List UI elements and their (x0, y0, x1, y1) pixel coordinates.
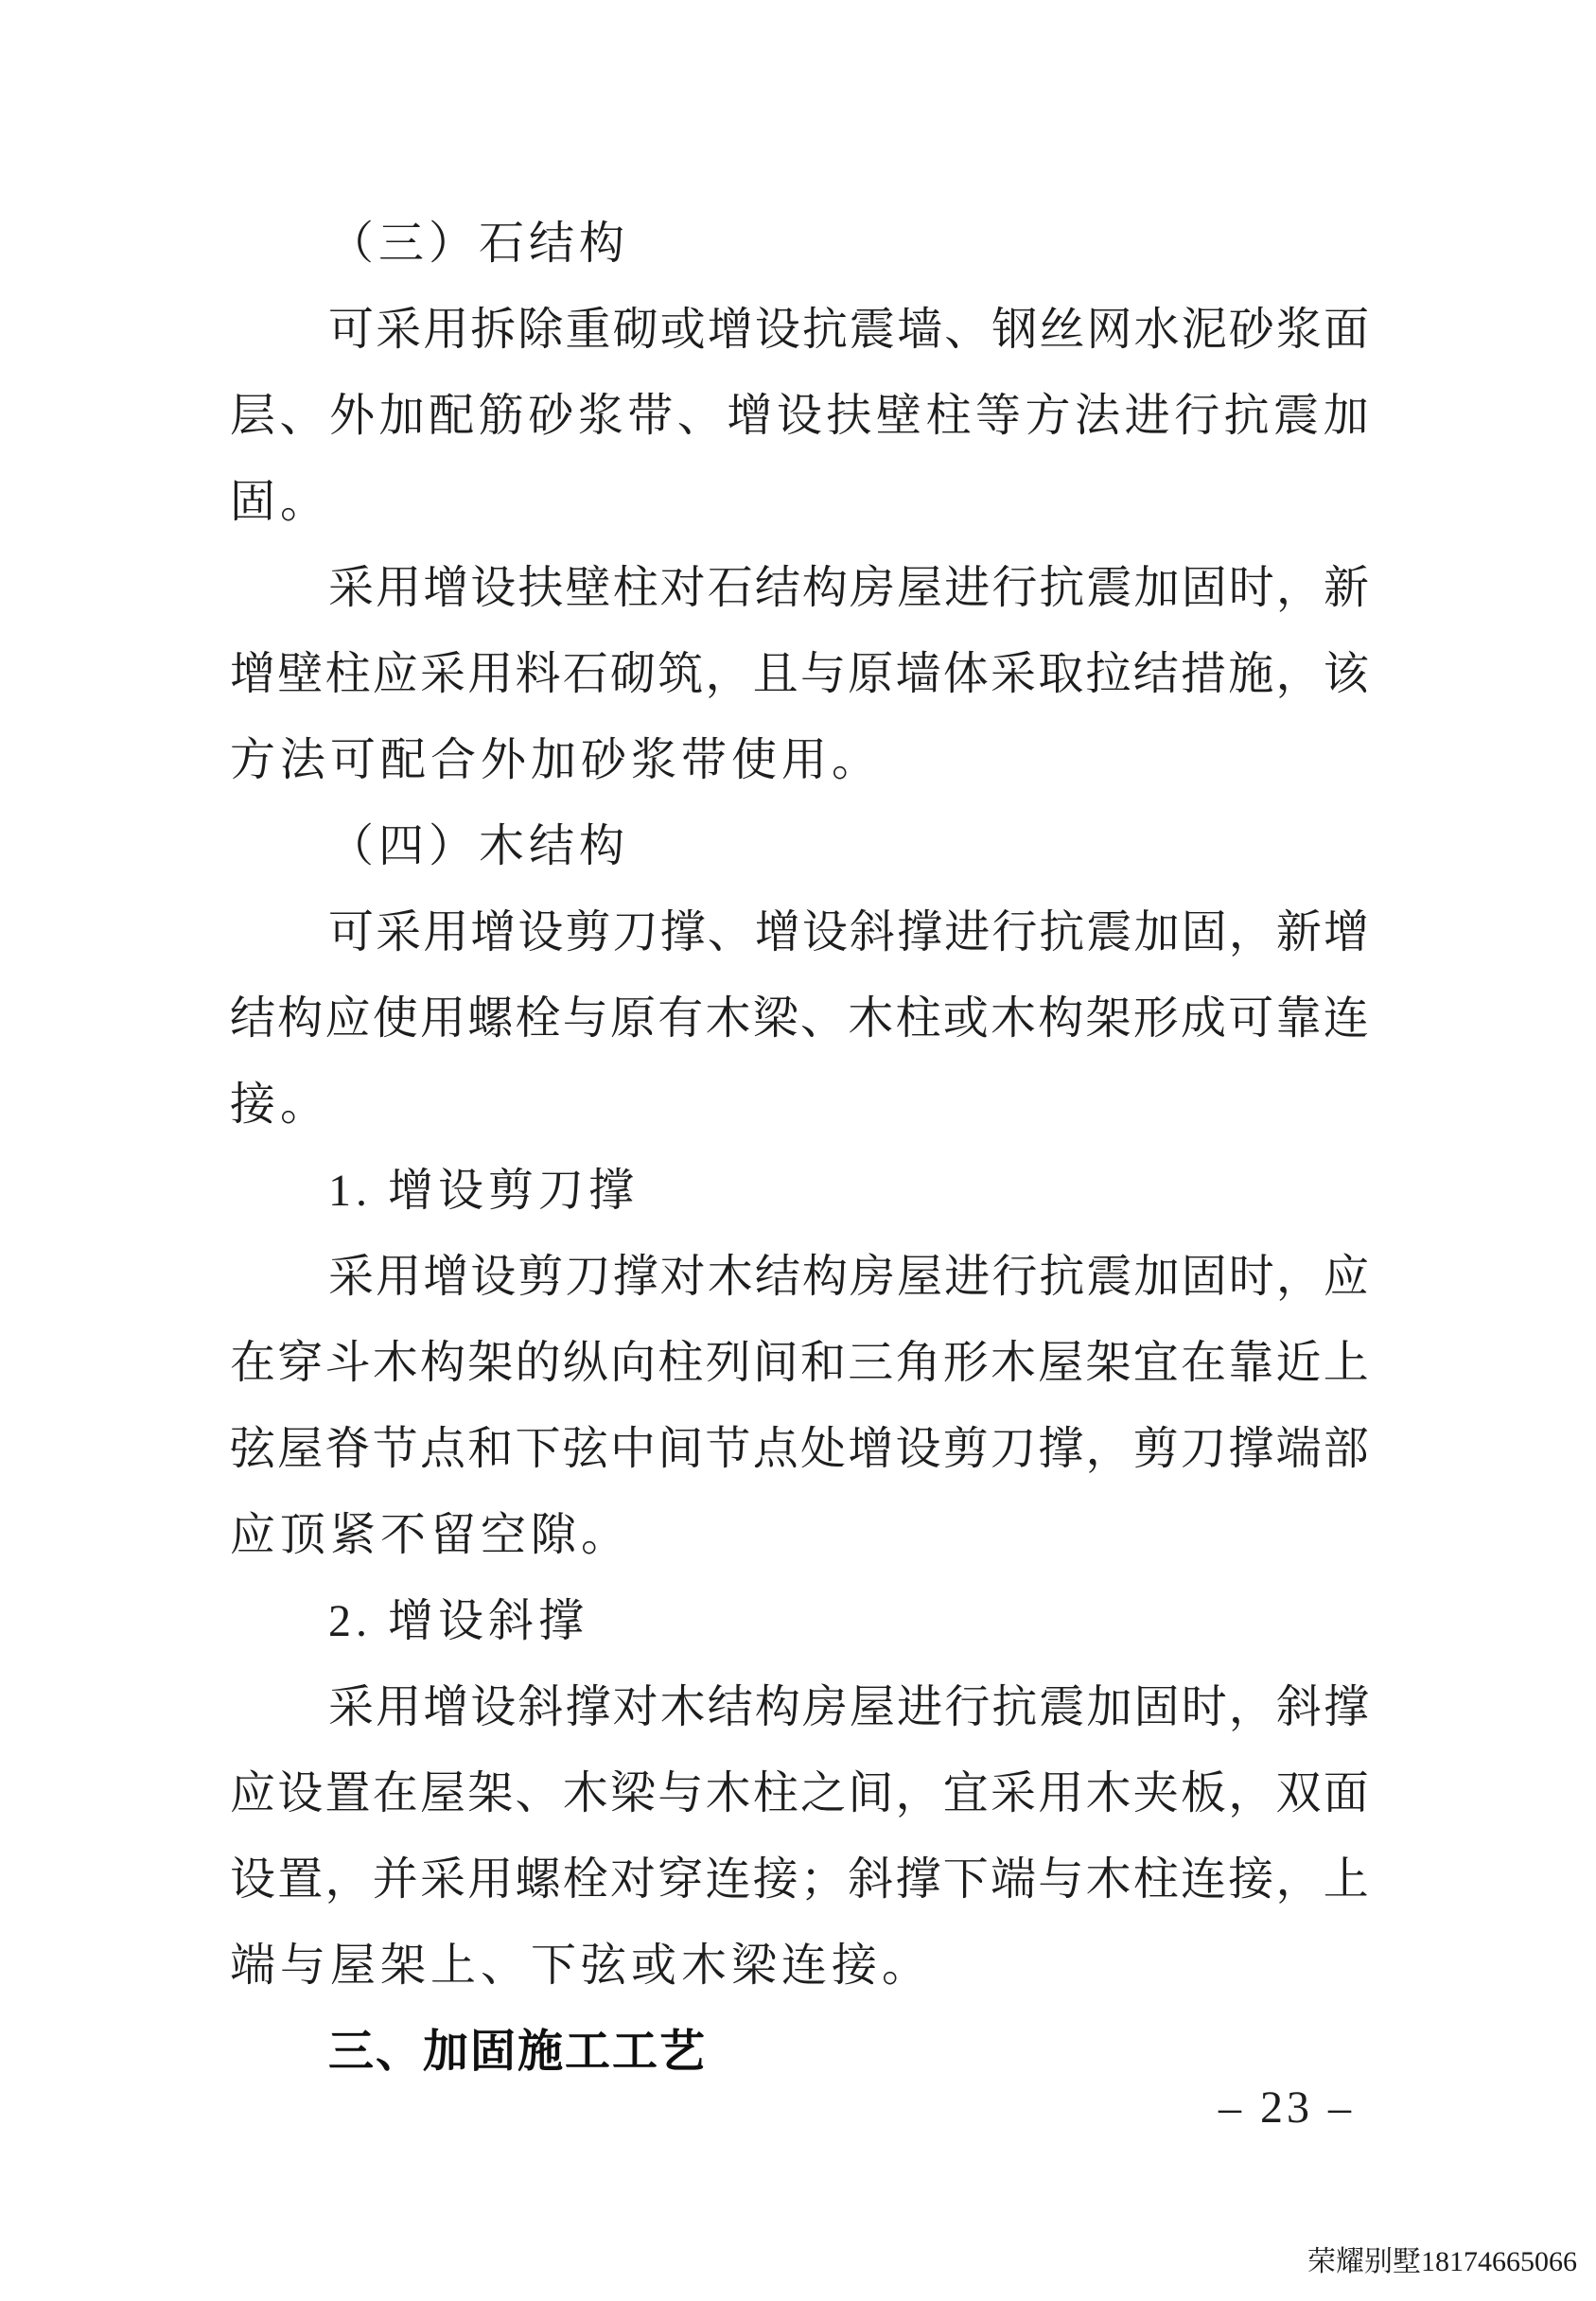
page-number: – 23 – (1201, 2081, 1372, 2134)
text-line: 层、外加配筋砂浆带、增设扶壁柱等方法进行抗震加 (230, 368, 1369, 454)
text-line: 2. 增设斜撑 (230, 1573, 1369, 1660)
text-line: （三）石结构 (230, 196, 1369, 282)
watermark-text: 荣耀别墅18174665066 (1307, 2238, 1577, 2279)
text-line: 结构应使用螺栓与原有木梁、木柱或木构架形成可靠连 (230, 971, 1369, 1057)
text-line: 方法可配合外加砂浆带使用。 (230, 712, 1369, 799)
text-line: 设置，并采用螺栓对穿连接；斜撑下端与木柱连接，上 (230, 1832, 1369, 1918)
text-line: 弦屋脊节点和下弦中间节点处增设剪刀撑，剪刀撑端部 (230, 1401, 1369, 1487)
text-line: 固。 (230, 454, 1369, 540)
text-line: 可采用拆除重砌或增设抗震墙、钢丝网水泥砂浆面 (230, 282, 1369, 368)
text-line: 接。 (230, 1057, 1369, 1143)
text-line: 端与屋架上、下弦或木梁连接。 (230, 1918, 1369, 2004)
text-line: 应顶紧不留空隙。 (230, 1487, 1369, 1573)
document-page: （三）石结构可采用拆除重砌或增设抗震墙、钢丝网水泥砂浆面层、外加配筋砂浆带、增设… (0, 0, 1596, 2301)
text-line: 1. 增设剪刀撑 (230, 1143, 1369, 1229)
text-line: 应设置在屋架、木梁与木柱之间，宜采用木夹板，双面 (230, 1746, 1369, 1832)
text-line: 在穿斗木构架的纵向柱列间和三角形木屋架宜在靠近上 (230, 1315, 1369, 1401)
document-body: （三）石结构可采用拆除重砌或增设抗震墙、钢丝网水泥砂浆面层、外加配筋砂浆带、增设… (230, 196, 1369, 2090)
text-line: 增壁柱应采用料石砌筑，且与原墙体采取拉结措施，该 (230, 626, 1369, 712)
text-line: （四）木结构 (230, 799, 1369, 885)
text-line: 采用增设扶壁柱对石结构房屋进行抗震加固时，新 (230, 540, 1369, 626)
text-line: 采用增设剪刀撑对木结构房屋进行抗震加固时，应 (230, 1229, 1369, 1315)
section-heading: 三、加固施工工艺 (230, 2004, 1369, 2090)
text-line: 采用增设斜撑对木结构房屋进行抗震加固时，斜撑 (230, 1660, 1369, 1746)
text-line: 可采用增设剪刀撑、增设斜撑进行抗震加固，新增 (230, 885, 1369, 971)
